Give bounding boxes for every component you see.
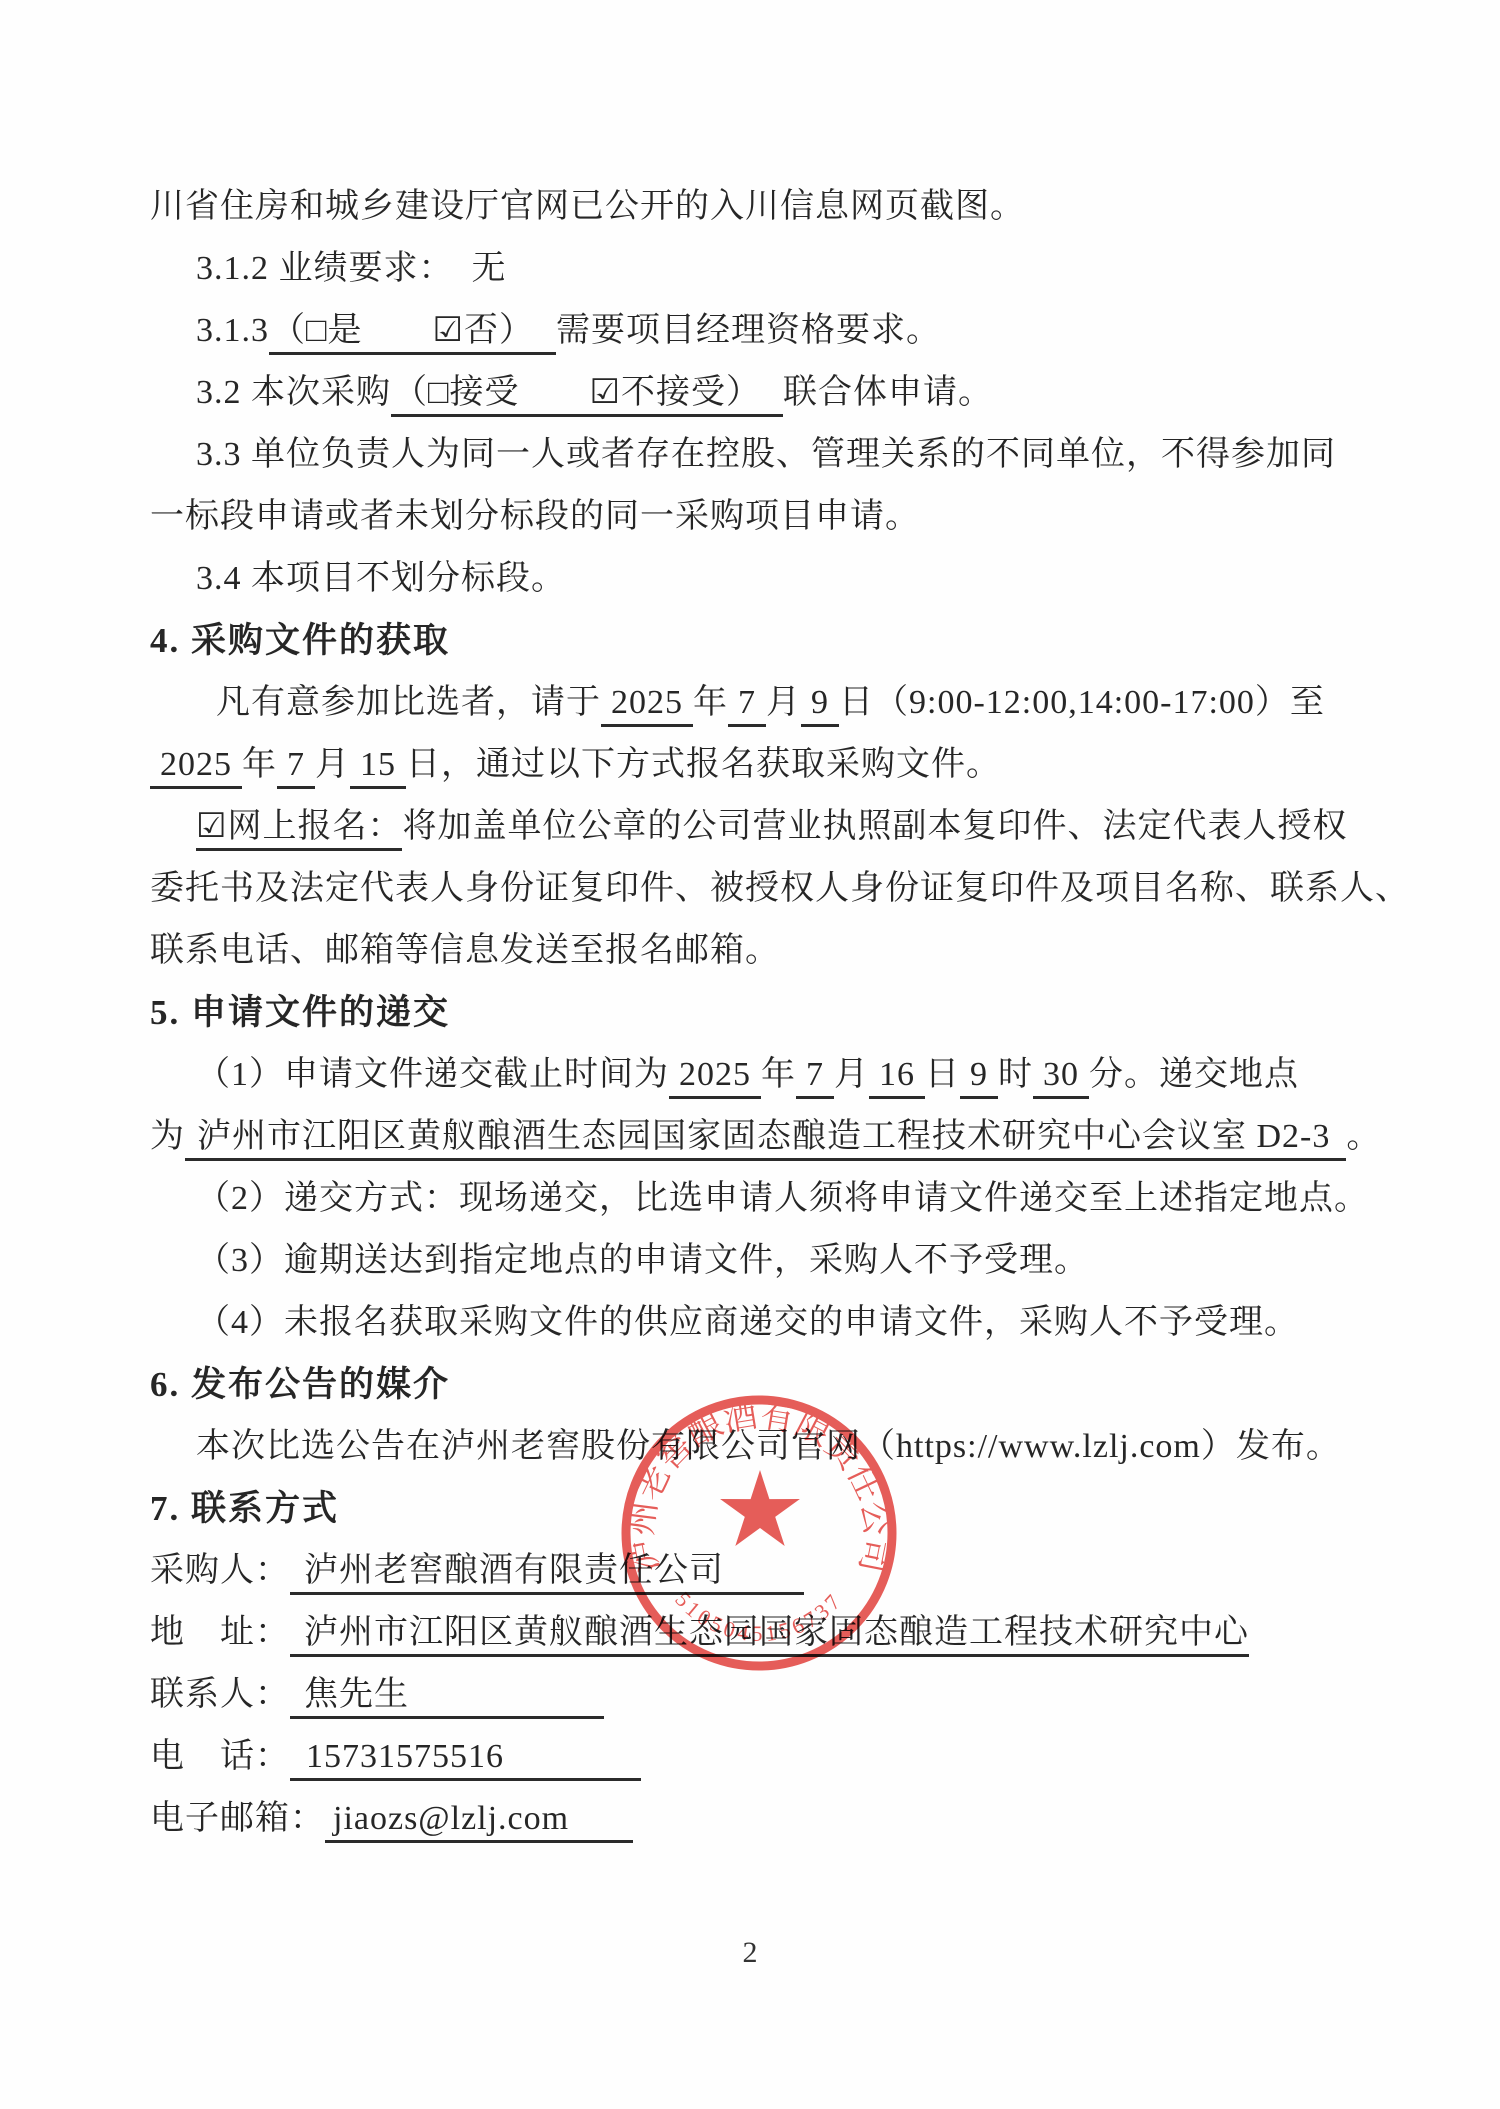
- text-segment: 3.3 单位负责人为同一人或者存在控股、管理关系的不同单位，不得参加同: [196, 436, 1336, 473]
- text-segment: （1）申请文件递交截止时间为: [196, 1056, 669, 1093]
- doc-line-continuation: 川省住房和城乡建设厅官网已公开的入川信息网页截图。: [150, 176, 1365, 238]
- text-segment: 月: [834, 1056, 869, 1093]
- doc-line-3-1-3: 3.1.3（□是 ☑否）需要项目经理资格要求。: [150, 300, 1365, 362]
- section-heading-6: 6. 发布公告的媒介: [150, 1354, 1365, 1416]
- text-segment: 联系电话、邮箱等信息发送至报名邮箱。: [150, 932, 780, 969]
- checkbox-accept-field: （□接受 ☑不接受）: [391, 372, 783, 417]
- doc-line-late: （3）逾期送达到指定地点的申请文件，采购人不予受理。: [150, 1230, 1365, 1292]
- text-segment: 凡有意参加比选者，请于: [216, 684, 601, 721]
- heading-text: 7. 联系方式: [150, 1489, 339, 1528]
- text-segment: 年: [693, 684, 728, 721]
- field-label: 采购人：: [150, 1552, 290, 1589]
- date-month-field: 7: [796, 1054, 834, 1099]
- text-segment: 分。递交地点: [1089, 1056, 1299, 1093]
- doc-line-unregistered: （4）未报名获取采购文件的供应商递交的申请文件，采购人不予受理。: [150, 1292, 1365, 1354]
- heading-text: 5. 申请文件的递交: [150, 993, 450, 1032]
- doc-line-online-signup-c: 联系电话、邮箱等信息发送至报名邮箱。: [150, 920, 1365, 982]
- doc-line-online-signup-b: 委托书及法定代表人身份证复印件、被授权人身份证复印件及项目名称、联系人、: [150, 858, 1365, 920]
- document-body: 川省住房和城乡建设厅官网已公开的入川信息网页截图。 3.1.2 业绩要求： 无 …: [150, 176, 1365, 1850]
- field-label: 电 话：: [150, 1738, 290, 1775]
- field-label: 联系人：: [150, 1676, 290, 1713]
- contact-person-row: 联系人：焦先生: [150, 1664, 1365, 1726]
- doc-line-3-4: 3.4 本项目不划分标段。: [150, 548, 1365, 610]
- text-segment: 时: [998, 1056, 1033, 1093]
- text-segment: （2）递交方式：现场递交，比选申请人须将申请文件递交至上述指定地点。: [196, 1180, 1369, 1217]
- section-heading-4: 4. 采购文件的获取: [150, 610, 1365, 672]
- checkbox-yes-no-field: （□是 ☑否）: [269, 310, 556, 355]
- document-page: 川省住房和城乡建设厅官网已公开的入川信息网页截图。 3.1.2 业绩要求： 无 …: [0, 0, 1500, 2109]
- text-segment: 川省住房和城乡建设厅官网已公开的入川信息网页截图。: [150, 188, 1025, 225]
- date-day-field: 9: [801, 682, 839, 727]
- text-segment: 3.1.2 业绩要求： 无: [196, 250, 507, 287]
- doc-line-obtain-b: 2025年7月15日，通过以下方式报名获取采购文件。: [150, 734, 1365, 796]
- text-segment: 日: [925, 1056, 960, 1093]
- doc-line-3-3a: 3.3 单位负责人为同一人或者存在控股、管理关系的不同单位，不得参加同: [150, 424, 1365, 486]
- text-segment: 3.4 本项目不划分标段。: [196, 560, 566, 597]
- date-day-field: 15: [350, 744, 406, 789]
- field-label: 电子邮箱：: [150, 1800, 325, 1837]
- doc-line-deadline-a: （1）申请文件递交截止时间为2025年7月16日9时30分。递交地点: [150, 1044, 1365, 1106]
- text-segment: 委托书及法定代表人身份证复印件、被授权人身份证复印件及项目名称、联系人、: [150, 870, 1410, 907]
- text-segment: 日，通过以下方式报名获取采购文件。: [406, 746, 1001, 783]
- text-segment: 3.2 本次采购: [196, 374, 391, 411]
- text-segment: 一标段申请或者未划分标段的同一采购项目申请。: [150, 498, 920, 535]
- section-heading-5: 5. 申请文件的递交: [150, 982, 1365, 1044]
- field-label: 地 址：: [150, 1614, 290, 1651]
- text-segment: 年: [761, 1056, 796, 1093]
- text-segment: （4）未报名获取采购文件的供应商递交的申请文件，采购人不予受理。: [196, 1304, 1299, 1341]
- contact-purchaser-row: 采购人：泸州老窖酿酒有限责任公司: [150, 1540, 1365, 1602]
- time-minute-field: 30: [1033, 1054, 1089, 1099]
- text-segment: 联合体申请。: [783, 374, 993, 411]
- text-segment: 为: [150, 1118, 185, 1155]
- phone-value: 15731575516: [290, 1736, 641, 1781]
- doc-line-3-1-2: 3.1.2 业绩要求： 无: [150, 238, 1365, 300]
- date-month-field: 7: [728, 682, 766, 727]
- doc-line-3-3b: 一标段申请或者未划分标段的同一采购项目申请。: [150, 486, 1365, 548]
- text-segment: 需要项目经理资格要求。: [556, 312, 941, 349]
- doc-line-deadline-b: 为泸州市江阳区黄舣酿酒生态园国家固态酿造工程技术研究中心会议室 D2-3。: [150, 1106, 1365, 1168]
- text-segment: 3.1.3: [196, 312, 269, 349]
- text-segment: 将加盖单位公章的公司营业执照副本复印件、法定代表人授权: [402, 808, 1347, 845]
- date-month-field: 7: [277, 744, 315, 789]
- heading-text: 4. 采购文件的获取: [150, 621, 450, 660]
- date-year-field: 2025: [150, 744, 242, 789]
- text-segment: 月: [766, 684, 801, 721]
- time-hour-field: 9: [960, 1054, 998, 1099]
- online-signup-label: ☑网上报名：: [196, 806, 402, 851]
- text-segment: 。: [1346, 1118, 1381, 1155]
- page-number: 2: [0, 1936, 1500, 1970]
- doc-line-obtain-a: 凡有意参加比选者，请于2025年7月9日（9:00-12:00,14:00-17…: [150, 672, 1365, 734]
- submission-address-field: 泸州市江阳区黄舣酿酒生态园国家固态酿造工程技术研究中心会议室 D2-3: [185, 1116, 1346, 1161]
- purchaser-value: 泸州老窖酿酒有限责任公司: [290, 1550, 804, 1595]
- text-segment: 月: [315, 746, 350, 783]
- text-segment: 本次比选公告在泸州老窖股份有限公司官网（https://www.lzlj.com…: [196, 1428, 1341, 1465]
- date-year-field: 2025: [669, 1054, 761, 1099]
- date-year-field: 2025: [601, 682, 693, 727]
- contact-address-row: 地 址：泸州市江阳区黄舣酿酒生态园国家固态酿造工程技术研究中心: [150, 1602, 1365, 1664]
- contact-person-value: 焦先生: [290, 1674, 604, 1719]
- text-segment: （3）逾期送达到指定地点的申请文件，采购人不予受理。: [196, 1242, 1089, 1279]
- section-heading-7: 7. 联系方式: [150, 1478, 1365, 1540]
- text-segment: 年: [242, 746, 277, 783]
- address-value: 泸州市江阳区黄舣酿酒生态园国家固态酿造工程技术研究中心: [290, 1612, 1249, 1657]
- doc-line-online-signup-a: ☑网上报名：将加盖单位公章的公司营业执照副本复印件、法定代表人授权: [150, 796, 1365, 858]
- email-value: jiaozs@lzlj.com: [325, 1798, 633, 1843]
- doc-line-3-2: 3.2 本次采购（□接受 ☑不接受）联合体申请。: [150, 362, 1365, 424]
- doc-line-media: 本次比选公告在泸州老窖股份有限公司官网（https://www.lzlj.com…: [150, 1416, 1365, 1478]
- doc-line-method: （2）递交方式：现场递交，比选申请人须将申请文件递交至上述指定地点。: [150, 1168, 1365, 1230]
- date-day-field: 16: [869, 1054, 925, 1099]
- contact-phone-row: 电 话：15731575516: [150, 1726, 1365, 1788]
- text-segment: 日（9:00-12:00,14:00-17:00）至: [839, 684, 1325, 721]
- contact-email-row: 电子邮箱：jiaozs@lzlj.com: [150, 1788, 1365, 1850]
- heading-text: 6. 发布公告的媒介: [150, 1365, 450, 1404]
